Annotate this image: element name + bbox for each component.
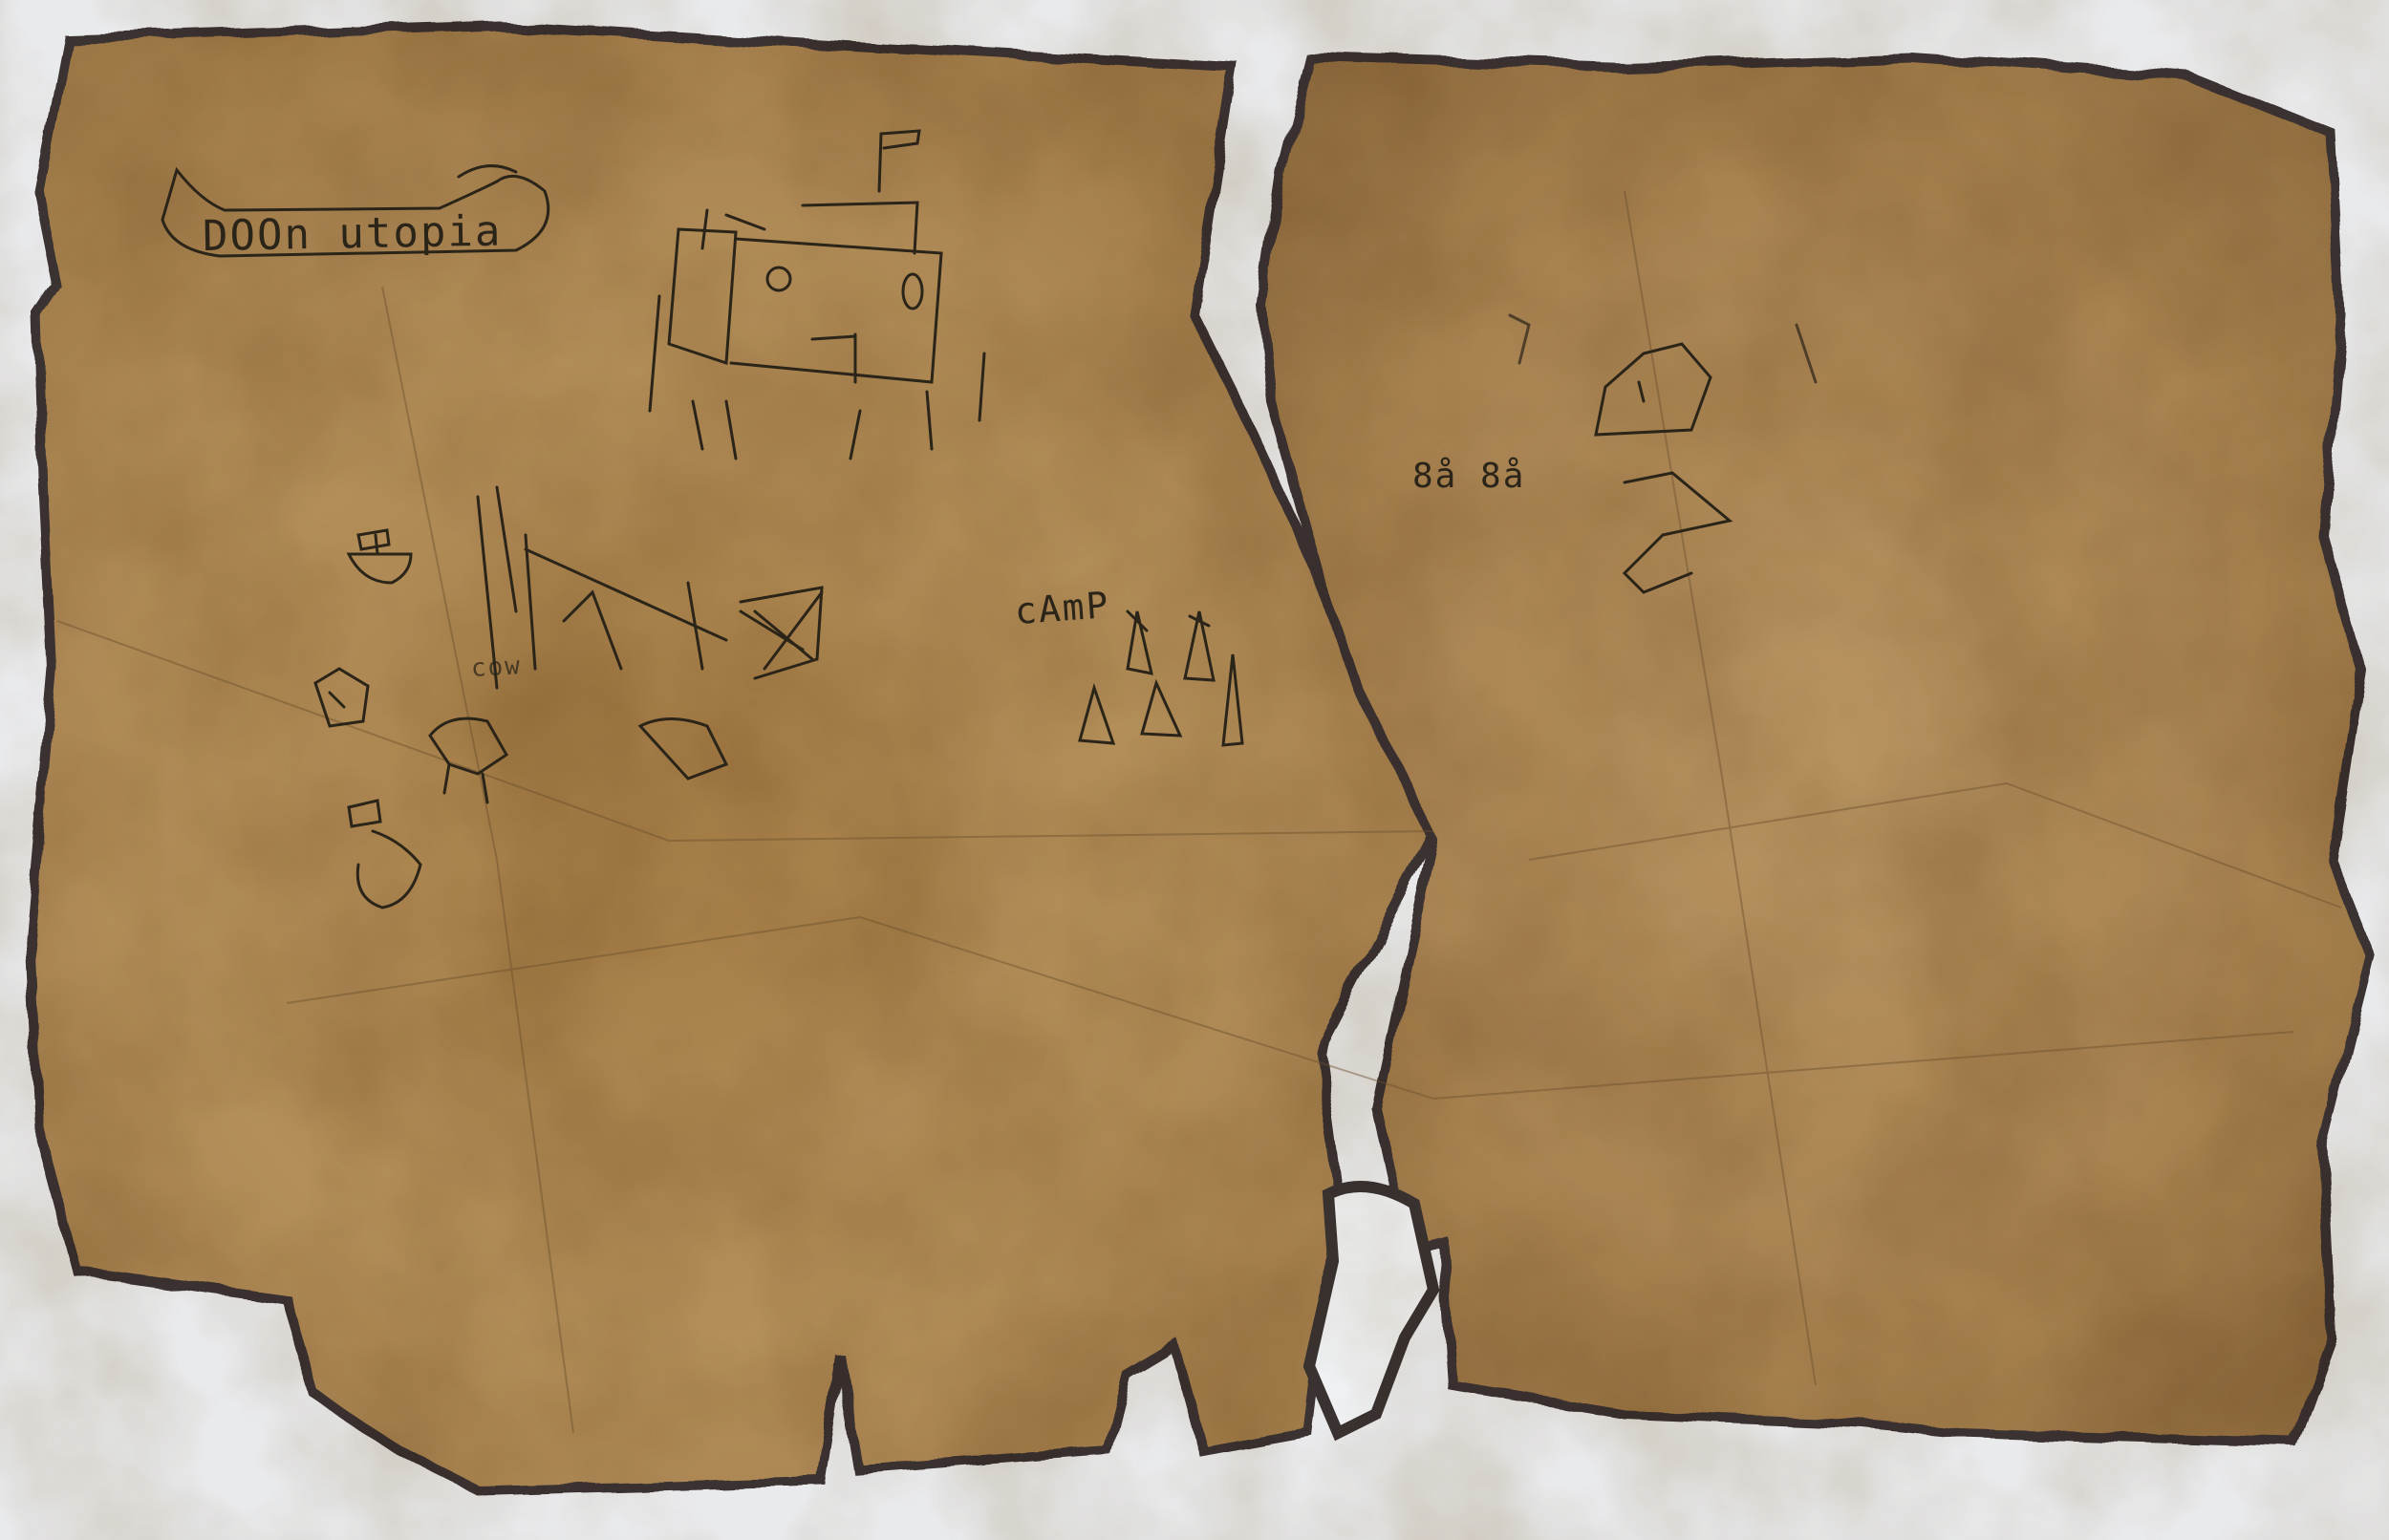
map-title-label: DOOn utopia <box>203 207 503 261</box>
people-figures: 8å 8å <box>1412 457 1525 496</box>
cow-label: cow <box>470 652 522 683</box>
map-photo: DOOn utopia cAmP cow 8å 8å <box>0 0 2389 1540</box>
camp-label: cAmP <box>1013 584 1110 632</box>
